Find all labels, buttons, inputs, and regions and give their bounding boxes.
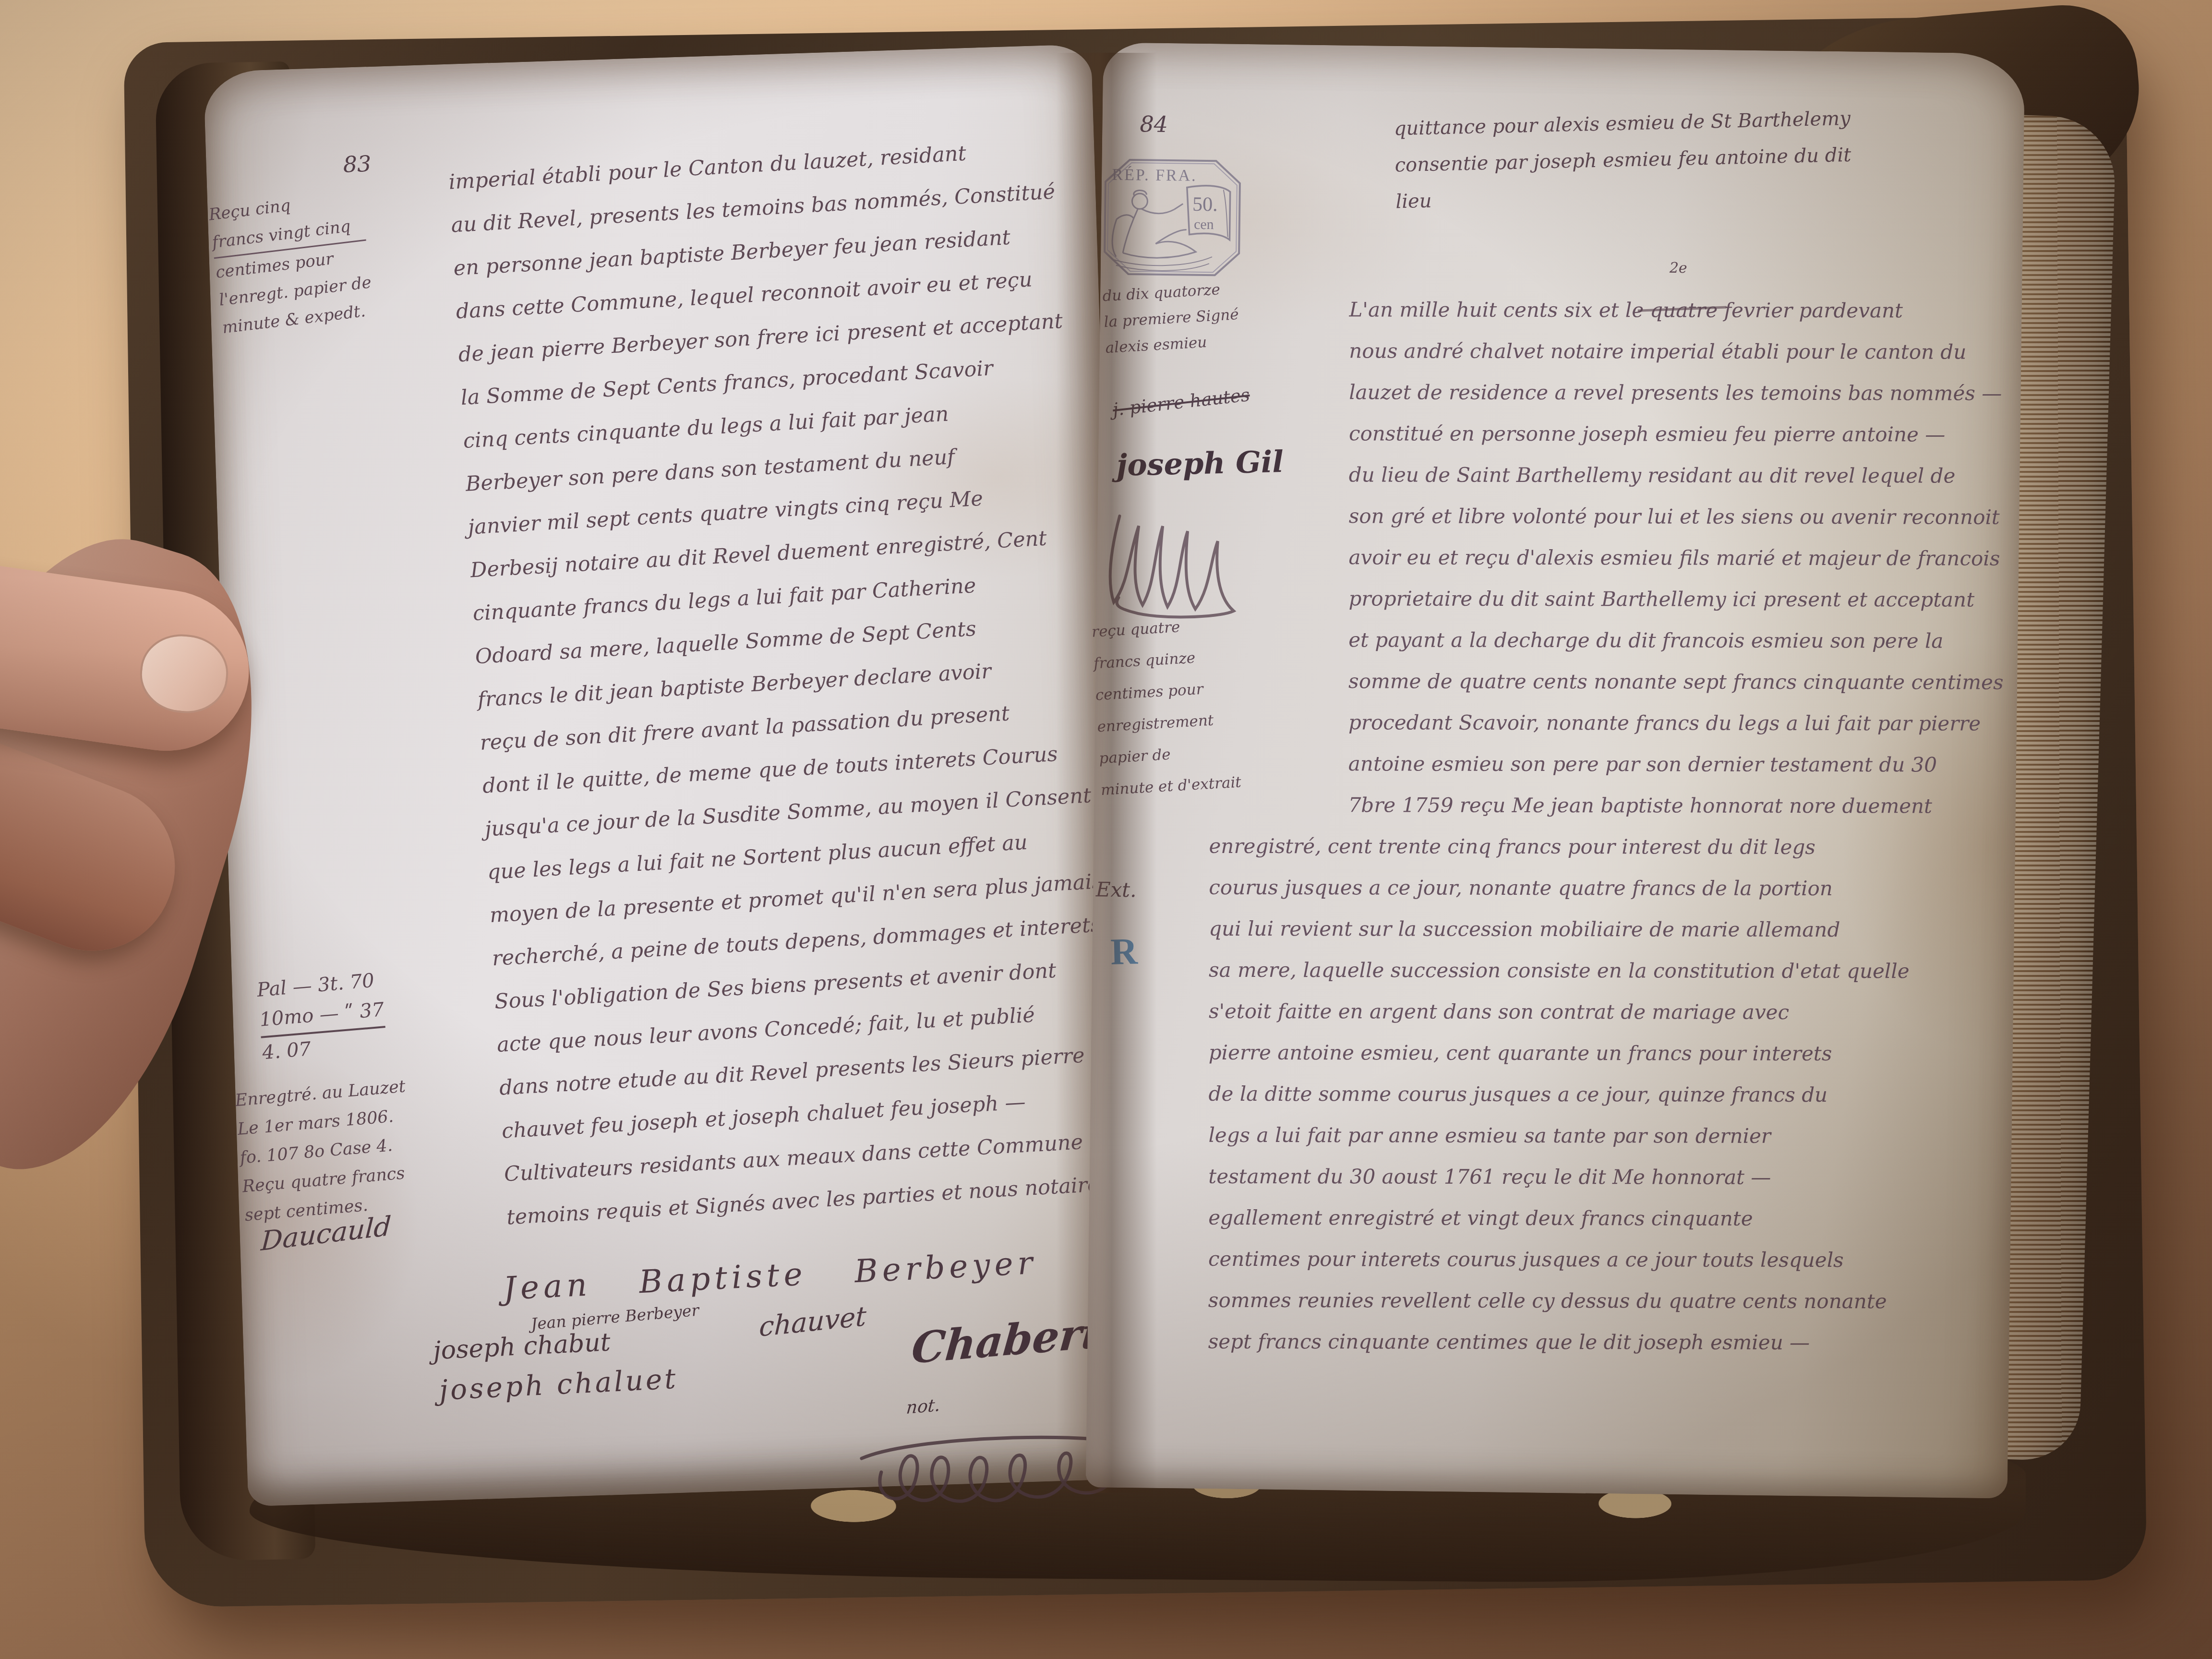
manuscript-line: enregistré, cent trente cinq francs pour… bbox=[1209, 826, 2003, 868]
manuscript-line: lauzet de residence a revel presents les… bbox=[1349, 372, 2004, 414]
interline-correction: 2e bbox=[1670, 260, 1687, 276]
margin-sum-note: Pal — 3t. 7010mo — ʺ 374. 07 bbox=[256, 965, 388, 1068]
left-page: 83 Reçu cinqfrancs vingt cinqcentimes po… bbox=[203, 44, 1136, 1507]
manuscript-line: et payant a la decharge du dit francois … bbox=[1348, 619, 2004, 661]
manuscript-line: qui lui revient sur la succession mobili… bbox=[1209, 908, 2003, 951]
manuscript-line: procedant Scavoir, nonante francs du leg… bbox=[1348, 702, 2004, 744]
stamp-tablet-icon: 50. cen bbox=[1186, 185, 1230, 240]
signature-jean-pierre-berbeyer: Jean pierre Berbeyer bbox=[530, 1301, 699, 1334]
manuscript-line: somme de quatre cents nonante sept franc… bbox=[1348, 661, 2004, 703]
right-page: 84 quittance pour alexis esmieu de St Ba… bbox=[1086, 42, 2025, 1498]
manuscript-line: proprietaire du dit saint Barthellemy ic… bbox=[1348, 578, 2004, 620]
manuscript-line: antoine esmieu son pere par son dernier … bbox=[1348, 743, 2004, 785]
manuscript-line: centimes pour interets courus jusques a … bbox=[1208, 1238, 2003, 1281]
manuscript-line: son gré et libre volonté pour lui et les… bbox=[1349, 495, 2004, 538]
manuscript-body-right: L'an mille huit cents six et le quatre f… bbox=[1208, 289, 2004, 1364]
book-gutter-shadow bbox=[1056, 53, 1157, 1493]
stamp-value: 50. bbox=[1192, 193, 1218, 216]
manuscript-line: sept francs cinquante centimes que le di… bbox=[1208, 1321, 2003, 1364]
signature-chauvet: chauvet bbox=[758, 1301, 867, 1343]
page-number-left: 83 bbox=[343, 151, 372, 178]
margin-fee-note: Reçu cinqfrancs vingt cinqcentimes pourl… bbox=[207, 183, 376, 342]
stamp-unit: cen bbox=[1194, 216, 1214, 233]
manuscript-line: egallement enregistré et vingt deux fran… bbox=[1208, 1197, 2003, 1240]
manuscript-line: du lieu de Saint Barthellemy residant au… bbox=[1349, 454, 2004, 496]
manuscript-line: nous andré chalvet notaire imperial étab… bbox=[1349, 330, 2004, 373]
margin-registration-note: Enregtré. au LauzetLe 1er mars 1806.fo. … bbox=[234, 1072, 416, 1230]
manuscript-body-left: imperial établi pour le Canton du lauzet… bbox=[447, 127, 1120, 1239]
manuscript-line: legs a lui fait par anne esmieu sa tante… bbox=[1208, 1115, 2003, 1157]
manuscript-line: 7bre 1759 reçu Me jean baptiste honnorat… bbox=[1348, 784, 2004, 827]
manuscript-line: sommes reunies revellent celle cy dessus… bbox=[1208, 1280, 2003, 1322]
act-header: quittance pour alexis esmieu de St Barth… bbox=[1394, 100, 1852, 220]
manuscript-line: courus jusques a ce jour, nonante quatre… bbox=[1209, 867, 2003, 910]
manuscript-line: testament du 30 aoust 1761 reçu le dit M… bbox=[1208, 1156, 2003, 1199]
manuscript-line: avoir eu et reçu d'alexis esmieu fils ma… bbox=[1348, 537, 2004, 579]
manuscript-line: sa mere, laquelle succession consiste en… bbox=[1209, 950, 2003, 992]
manuscript-line: de la ditte somme courus jusques a ce jo… bbox=[1209, 1073, 2003, 1116]
manuscript-line: s'etoit faitte en argent dans son contra… bbox=[1209, 991, 2003, 1034]
signature-jean-baptiste-berbeyer: Jean Baptiste Berbeyer bbox=[503, 1244, 1038, 1307]
manuscript-line: pierre antoine esmieu, cent quarante un … bbox=[1209, 1032, 2003, 1075]
photo-of-notarial-register: 83 Reçu cinqfrancs vingt cinqcentimes po… bbox=[0, 0, 2212, 1659]
signature-joseph-chabut: joseph chabut bbox=[433, 1328, 611, 1365]
manuscript-line: constitué en personne joseph esmieu feu … bbox=[1349, 413, 2004, 455]
signature-joseph-chaluet: joseph chaluet bbox=[438, 1362, 679, 1407]
